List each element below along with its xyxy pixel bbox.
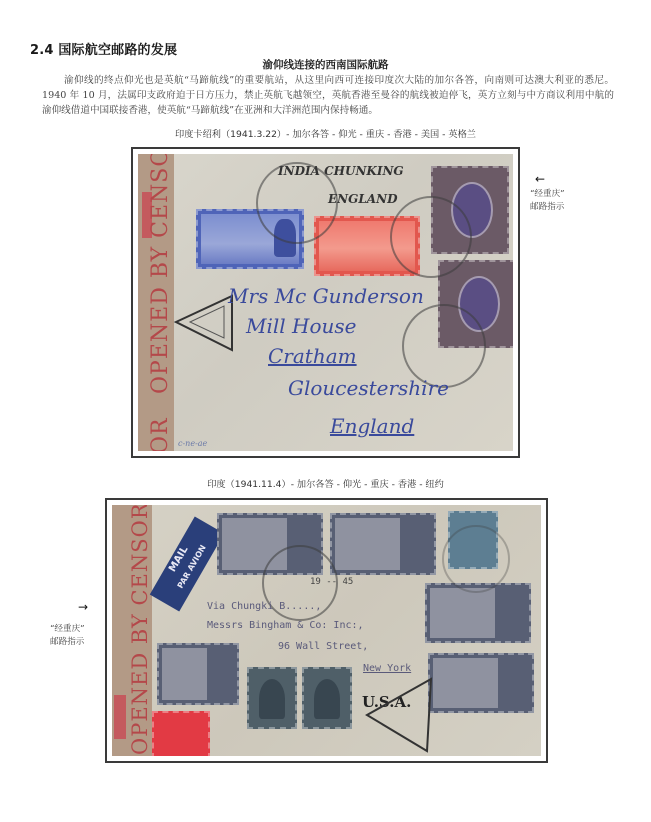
censor-triangle-icon xyxy=(365,675,435,755)
address-line-4: New York xyxy=(363,663,411,674)
address-line-2: Mill House xyxy=(246,314,357,338)
address-line-3: 96 Wall Street, xyxy=(278,641,368,652)
cover-caption-1: 印度卡绍利（1941.3.22）- 加尔各答 - 仰光 - 重庆 - 香港 - … xyxy=(0,126,651,140)
address-line-3: Cratham xyxy=(268,344,357,368)
postmark-date: 19 -- 45 xyxy=(310,577,353,587)
arrow-right-icon: → xyxy=(78,600,88,614)
censor-tape: OPENED BY CENSOR OR xyxy=(138,154,174,451)
red-stamp xyxy=(152,711,210,756)
mail-truck-stamp-2 xyxy=(330,513,436,575)
envelope-1: OPENED BY CENSOR OR INDIA CHUNKING ENGLA… xyxy=(138,154,513,451)
envelope-2: OPENED BY CENSOR MAIL PAR AVION xyxy=(112,505,541,756)
address-line-5: England xyxy=(330,414,414,438)
cover-image-2: OPENED BY CENSOR MAIL PAR AVION xyxy=(105,498,548,763)
postmark-1 xyxy=(256,162,338,244)
censor-tape-text-end: OR xyxy=(148,417,173,451)
route-note-1: “经重庆” 邮路指示 xyxy=(530,188,565,214)
censor-triangle-icon xyxy=(172,292,236,352)
address-line-1: Via Chungki B....., xyxy=(207,601,321,612)
route-note-1-line1: “经重庆” xyxy=(530,188,565,201)
section-title: 2.4 国际航空邮路的发展 xyxy=(30,39,177,58)
censor-tape: OPENED BY CENSOR xyxy=(112,505,152,756)
body-paragraph: 渝仰线的终点仰光也是英航“马蹄航线”的重要航站，从这里向西可连接印度次大陆的加尔… xyxy=(42,73,614,119)
address-line-4: Gloucestershire xyxy=(288,376,449,400)
kgvi-stamp-2 xyxy=(302,667,352,729)
kgvi-stamp-1 xyxy=(247,667,297,729)
address-line-1: Mrs Mc Gunderson xyxy=(228,284,424,308)
airmail-label: MAIL PAR AVION xyxy=(150,517,224,612)
address-line-2: Messrs Bingham & Co: Inc:, xyxy=(207,620,364,631)
cover-image-1: OPENED BY CENSOR OR INDIA CHUNKING ENGLA… xyxy=(131,147,520,458)
censor-label xyxy=(114,695,126,739)
route-note-2: “经重庆” 邮路指示 xyxy=(50,623,85,649)
censor-tape-text: OPENED BY CENSOR xyxy=(148,154,173,394)
censor-tape-text: OPENED BY CENSOR xyxy=(128,505,152,755)
postmark-2 xyxy=(390,196,472,278)
route-note-1-line2: 邮路指示 xyxy=(530,201,565,214)
cover-caption-2: 印度（1941.11.4）- 加尔各答 - 仰光 - 重庆 - 香港 - 纽约 xyxy=(0,476,651,490)
arrow-left-icon: ← xyxy=(535,172,545,186)
route-note-2-line2: 邮路指示 xyxy=(50,636,85,649)
postmark-2 xyxy=(442,525,510,593)
mail-truck-stamp-5 xyxy=(157,643,239,705)
route-note-2-line1: “经重庆” xyxy=(50,623,85,636)
route-endorsement-2: ENGLAND xyxy=(328,192,398,206)
mail-truck-stamp-4 xyxy=(428,653,534,713)
subsection-title: 渝仰线连接的西南国际航路 xyxy=(0,57,651,72)
pencil-note: c-ne-ae xyxy=(178,439,207,448)
